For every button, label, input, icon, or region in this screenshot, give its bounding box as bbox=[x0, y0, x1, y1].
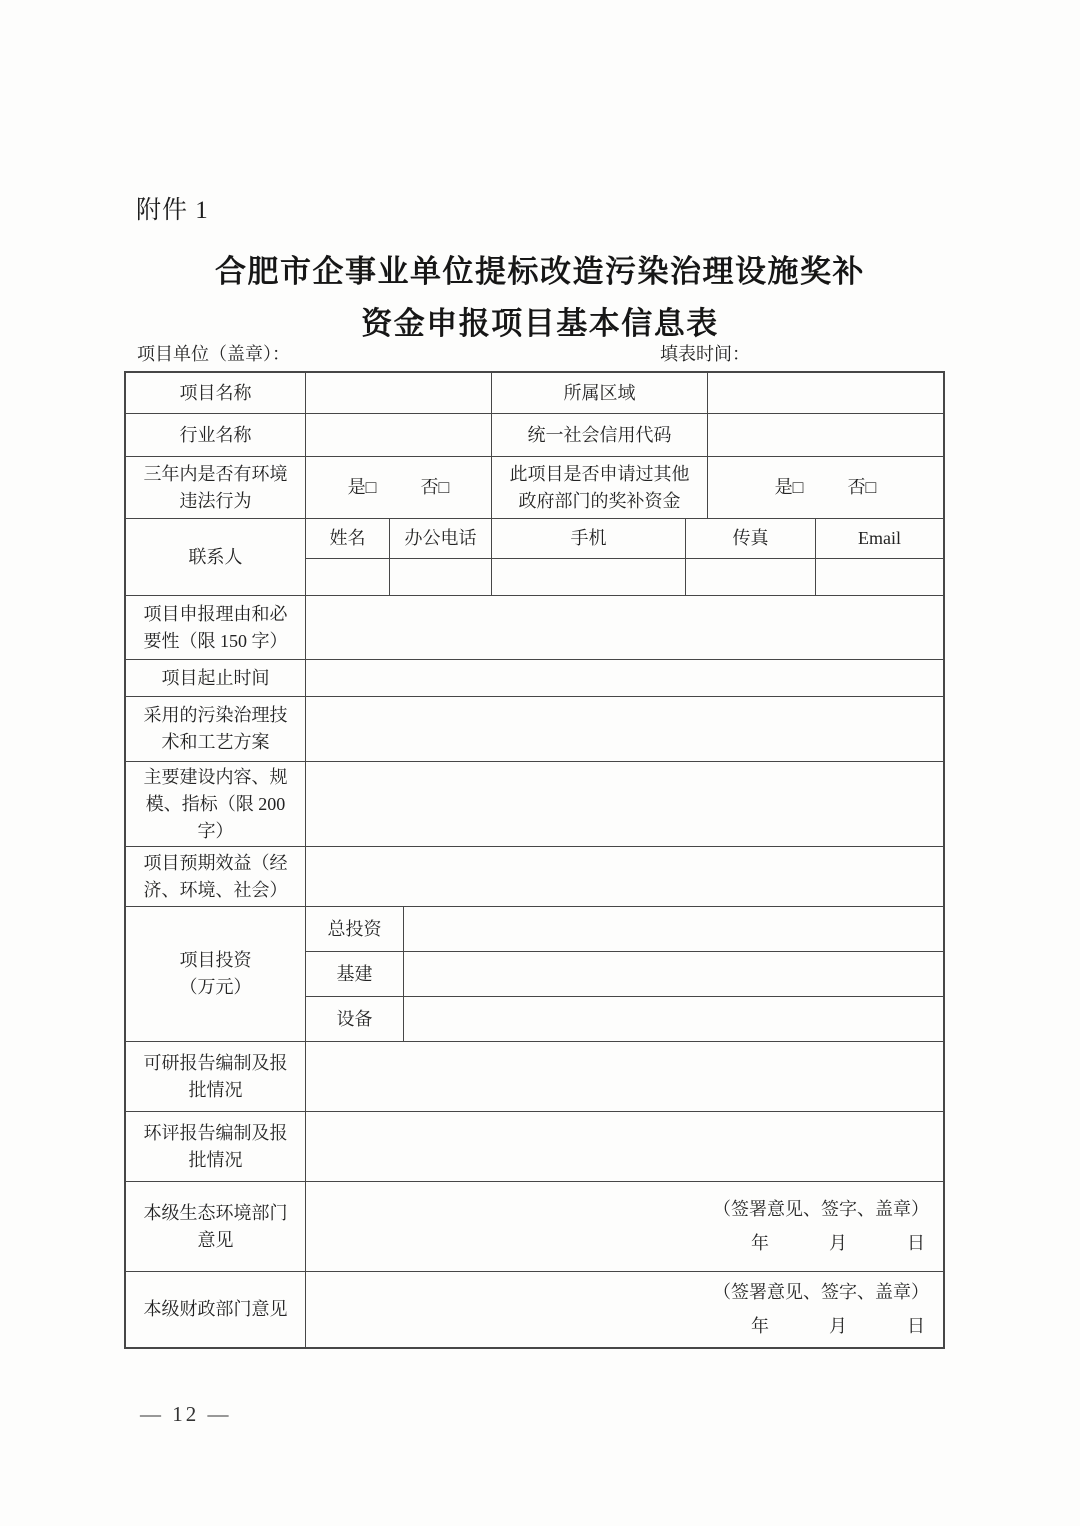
finance-dept-sign-cell: （签署意见、签字、盖章） 年 月 日 bbox=[306, 1272, 943, 1347]
contact-col-name: 姓名 bbox=[306, 519, 390, 558]
reason-label: 项目申报理由和必 要性（限 150 字） bbox=[126, 596, 306, 659]
industry-name-value-cell bbox=[306, 414, 492, 456]
contact-office-phone-value-cell bbox=[390, 559, 492, 595]
fill-date-label: 填表时间： bbox=[660, 340, 750, 366]
sign-date-line: 年 月 日 bbox=[751, 1230, 929, 1257]
technology-label: 采用的污染治理技 术和工艺方案 bbox=[126, 697, 306, 761]
contact-name-value-cell bbox=[306, 559, 390, 595]
page-number: — 12 — bbox=[140, 1402, 232, 1427]
investment-infrastructure-value-cell bbox=[404, 952, 943, 996]
env-violation-label: 三年内是否有环境 违法行为 bbox=[126, 457, 306, 518]
row-contact: 联系人 姓名 办公电话 手机 传真 Email bbox=[126, 519, 943, 596]
duration-label: 项目起止时间 bbox=[126, 660, 306, 696]
investment-total-value-cell bbox=[404, 907, 943, 951]
contact-col-fax: 传真 bbox=[686, 519, 816, 558]
contact-col-email: Email bbox=[816, 519, 943, 558]
contact-label: 联系人 bbox=[126, 519, 306, 595]
row-investment: 项目投资 （万元） 总投资 基建 设备 bbox=[126, 907, 943, 1042]
env-violation-checkboxes: 是□ 否□ bbox=[306, 457, 492, 518]
row-env-dept-opinion: 本级生态环境部门 意见 （签署意见、签字、盖章） 年 月 日 bbox=[126, 1182, 943, 1272]
credit-code-label: 统一社会信用代码 bbox=[492, 414, 708, 456]
benefits-label: 项目预期效益（经 济、环境、社会） bbox=[126, 847, 306, 906]
investment-infrastructure-label: 基建 bbox=[306, 952, 404, 996]
contact-col-mobile: 手机 bbox=[492, 519, 686, 558]
date-month-label: 月 bbox=[829, 1230, 847, 1257]
row-finance-dept-opinion: 本级财政部门意见 （签署意见、签字、盖章） 年 月 日 bbox=[126, 1272, 943, 1347]
feasibility-label: 可研报告编制及报 批情况 bbox=[126, 1042, 306, 1111]
date-year-label: 年 bbox=[751, 1230, 769, 1257]
duration-value-cell bbox=[306, 660, 943, 696]
contact-col-office-phone: 办公电话 bbox=[390, 519, 492, 558]
construction-label: 主要建设内容、规 模、指标（限 200 字） bbox=[126, 762, 306, 846]
yes-checkbox: 是□ bbox=[775, 474, 804, 501]
row-feasibility: 可研报告编制及报 批情况 bbox=[126, 1042, 943, 1112]
region-value-cell bbox=[708, 373, 943, 413]
contact-subtable: 姓名 办公电话 手机 传真 Email bbox=[306, 519, 943, 595]
contact-email-value-cell bbox=[816, 559, 943, 595]
credit-code-value-cell bbox=[708, 414, 943, 456]
row-eia: 环评报告编制及报 批情况 bbox=[126, 1112, 943, 1182]
investment-equipment-row: 设备 bbox=[306, 997, 943, 1041]
row-violation: 三年内是否有环境 违法行为 是□ 否□ 此项目是否申请过其他 政府部门的奖补资金… bbox=[126, 457, 943, 519]
sign-note: （签署意见、签字、盖章） bbox=[713, 1279, 929, 1306]
yes-checkbox: 是□ bbox=[348, 474, 377, 501]
eia-value-cell bbox=[306, 1112, 943, 1181]
date-day-label: 日 bbox=[907, 1313, 925, 1340]
title-line-1: 合肥市企事业单位提标改造污染治理设施奖补 bbox=[0, 246, 1080, 298]
row-project-name: 项目名称 所属区域 bbox=[126, 373, 943, 414]
investment-subtable: 总投资 基建 设备 bbox=[306, 907, 943, 1041]
technology-value-cell bbox=[306, 697, 943, 761]
row-construction: 主要建设内容、规 模、指标（限 200 字） bbox=[126, 762, 943, 847]
date-year-label: 年 bbox=[751, 1313, 769, 1340]
project-name-value-cell bbox=[306, 373, 492, 413]
industry-name-label: 行业名称 bbox=[126, 414, 306, 456]
benefits-value-cell bbox=[306, 847, 943, 906]
construction-value-cell bbox=[306, 762, 943, 846]
feasibility-value-cell bbox=[306, 1042, 943, 1111]
no-checkbox: 否□ bbox=[848, 474, 877, 501]
row-reason: 项目申报理由和必 要性（限 150 字） bbox=[126, 596, 943, 660]
row-benefits: 项目预期效益（经 济、环境、社会） bbox=[126, 847, 943, 907]
date-month-label: 月 bbox=[829, 1313, 847, 1340]
other-funding-label: 此项目是否申请过其他 政府部门的奖补资金 bbox=[492, 457, 708, 518]
sign-date-line: 年 月 日 bbox=[751, 1313, 929, 1340]
env-dept-sign-cell: （签署意见、签字、盖章） 年 月 日 bbox=[306, 1182, 943, 1271]
investment-infrastructure-row: 基建 bbox=[306, 952, 943, 997]
unit-seal-label: 项目单位（盖章）： bbox=[137, 340, 290, 366]
date-day-label: 日 bbox=[907, 1230, 925, 1257]
investment-equipment-label: 设备 bbox=[306, 997, 404, 1041]
env-dept-label: 本级生态环境部门 意见 bbox=[126, 1182, 306, 1271]
contact-mobile-value-cell bbox=[492, 559, 686, 595]
row-technology: 采用的污染治理技 术和工艺方案 bbox=[126, 697, 943, 762]
contact-header-row: 姓名 办公电话 手机 传真 Email bbox=[306, 519, 943, 559]
application-form-table: 项目名称 所属区域 行业名称 统一社会信用代码 三年内是否有环境 违法行为 是□… bbox=[124, 371, 945, 1349]
region-label: 所属区域 bbox=[492, 373, 708, 413]
investment-equipment-value-cell bbox=[404, 997, 943, 1041]
row-industry: 行业名称 统一社会信用代码 bbox=[126, 414, 943, 457]
attachment-label: 附件 1 bbox=[136, 190, 209, 226]
eia-label: 环评报告编制及报 批情况 bbox=[126, 1112, 306, 1181]
investment-label: 项目投资 （万元） bbox=[126, 907, 306, 1041]
reason-value-cell bbox=[306, 596, 943, 659]
other-funding-checkboxes: 是□ 否□ bbox=[708, 457, 943, 518]
investment-total-label: 总投资 bbox=[306, 907, 404, 951]
sign-note: （签署意见、签字、盖章） bbox=[713, 1196, 929, 1223]
contact-fax-value-cell bbox=[686, 559, 816, 595]
project-name-label: 项目名称 bbox=[126, 373, 306, 413]
finance-dept-label: 本级财政部门意见 bbox=[126, 1272, 306, 1347]
contact-value-row bbox=[306, 559, 943, 595]
no-checkbox: 否□ bbox=[421, 474, 450, 501]
document-title: 合肥市企事业单位提标改造污染治理设施奖补 资金申报项目基本信息表 bbox=[0, 246, 1080, 350]
investment-total-row: 总投资 bbox=[306, 907, 943, 952]
row-duration: 项目起止时间 bbox=[126, 660, 943, 697]
